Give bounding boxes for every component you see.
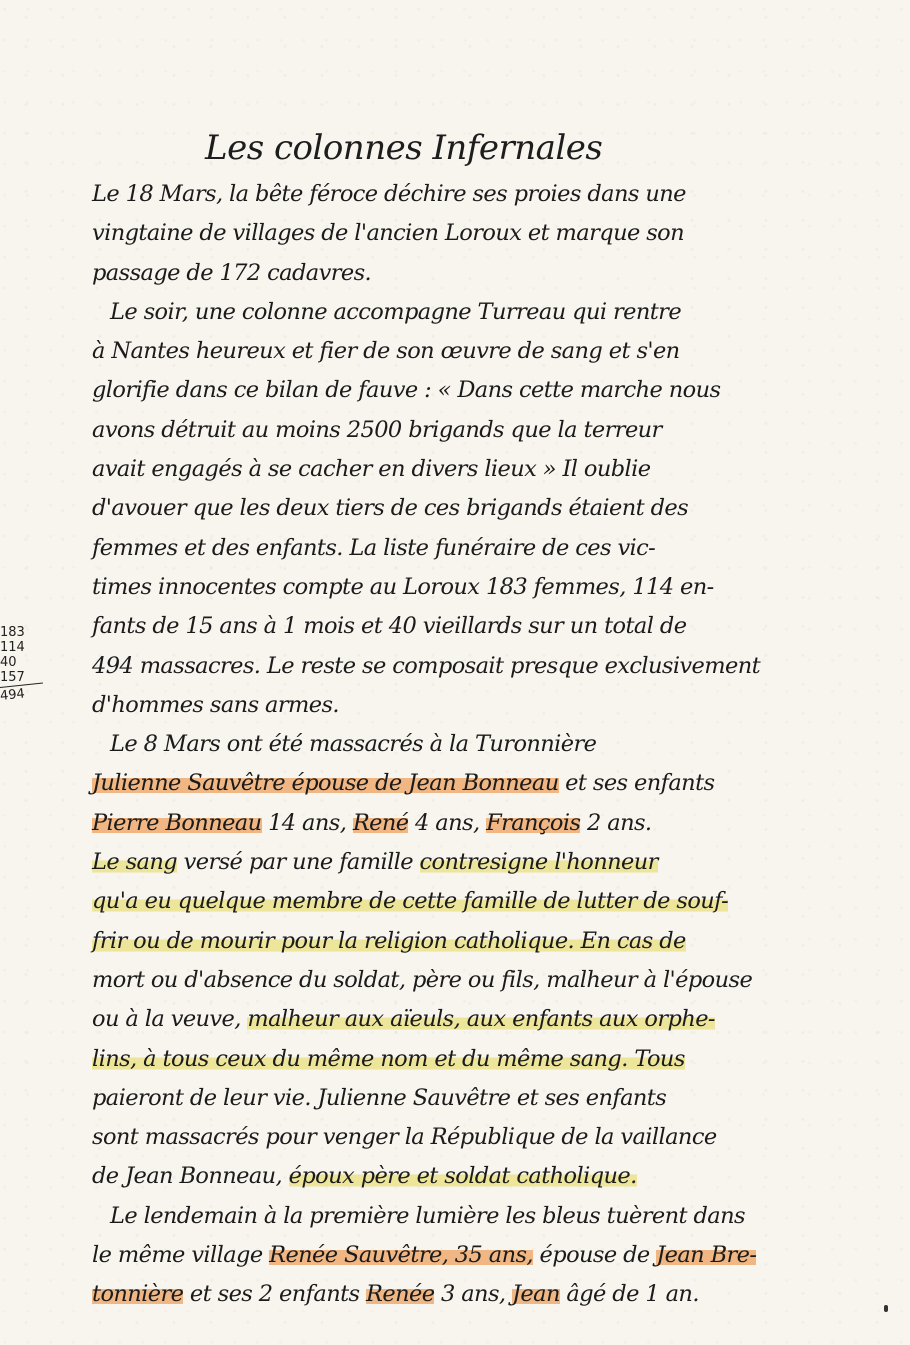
- text-segment: le même village: [92, 1242, 269, 1268]
- highlighted-name: Renée Sauvêtre, 35 ans,: [269, 1242, 533, 1268]
- text-line: sont massacrés pour venger la République…: [92, 1118, 842, 1157]
- margin-calculation: 18311440157494: [0, 625, 44, 704]
- text-segment: 4 ans,: [408, 810, 486, 836]
- highlighted-passage: contresigne l'honneur: [420, 849, 658, 875]
- text-line: lins, à tous ceux du même nom et du même…: [92, 1040, 842, 1079]
- text-line: ou à la veuve, malheur aux aïeuls, aux e…: [92, 1000, 842, 1039]
- text-segment: 494 massacres. Le reste se composait pre…: [92, 653, 760, 679]
- highlighted-name: Julienne Sauvêtre épouse de Jean Bonneau: [92, 770, 559, 796]
- text-segment: ou à la veuve,: [92, 1006, 247, 1032]
- text-line: Le 18 Mars, la bête féroce déchire ses p…: [92, 175, 842, 214]
- text-line: à Nantes heureux et fier de son œuvre de…: [92, 332, 842, 371]
- text-segment: vingtaine de villages de l'ancien Loroux…: [92, 220, 684, 246]
- highlighted-name: Jean Bre-: [656, 1242, 756, 1268]
- text-segment: épouse de: [533, 1242, 656, 1268]
- text-line: tonnière et ses 2 enfants Renée 3 ans, J…: [92, 1275, 842, 1314]
- margin-number: 114: [0, 640, 44, 655]
- text-segment: femmes et des enfants. La liste funérair…: [92, 535, 655, 561]
- margin-number: 183: [0, 625, 44, 640]
- handwritten-page: Les colonnes Infernales Le 18 Mars, la b…: [0, 0, 910, 1345]
- text-segment: Le lendemain à la première lumière les b…: [110, 1203, 745, 1229]
- highlighted-name: François: [486, 810, 580, 836]
- text-segment: d'hommes sans armes.: [92, 692, 339, 718]
- text-segment: âgé de 1 an.: [560, 1281, 699, 1307]
- text-line: 494 massacres. Le reste se composait pre…: [92, 647, 842, 686]
- text-line: Le sang versé par une famille contresign…: [92, 843, 842, 882]
- text-line: frir ou de mourir pour la religion catho…: [92, 922, 842, 961]
- text-line: le même village Renée Sauvêtre, 35 ans, …: [92, 1236, 842, 1275]
- text-segment: 14 ans,: [262, 810, 353, 836]
- text-segment: Le 18 Mars, la bête féroce déchire ses p…: [92, 181, 686, 207]
- text-segment: times innocentes compte au Loroux 183 fe…: [92, 574, 714, 600]
- text-line: Pierre Bonneau 14 ans, René 4 ans, Franç…: [92, 804, 842, 843]
- highlighted-passage: frir ou de mourir pour la religion catho…: [92, 928, 686, 954]
- highlighted-name: tonnière: [92, 1281, 183, 1307]
- highlighted-passage: malheur aux aïeuls, aux enfants aux orph…: [247, 1006, 715, 1032]
- text-line: Le lendemain à la première lumière les b…: [92, 1197, 842, 1236]
- text-segment: fants de 15 ans à 1 mois et 40 vieillard…: [92, 613, 686, 639]
- highlighted-name: Jean: [512, 1281, 560, 1307]
- text-line: de Jean Bonneau, époux père et soldat ca…: [92, 1157, 842, 1196]
- ink-speck: [884, 1305, 888, 1312]
- text-segment: 2 ans.: [580, 810, 651, 836]
- text-line: times innocentes compte au Loroux 183 fe…: [92, 568, 842, 607]
- text-line: glorifie dans ce bilan de fauve : « Dans…: [92, 371, 842, 410]
- highlighted-passage: qu'a eu quelque membre de cette famille …: [92, 888, 728, 914]
- text-segment: glorifie dans ce bilan de fauve : « Dans…: [92, 377, 720, 403]
- text-segment: versé par une famille: [177, 849, 419, 875]
- text-line: vingtaine de villages de l'ancien Loroux…: [92, 214, 842, 253]
- text-segment: et ses enfants: [559, 770, 715, 796]
- text-line: Le soir, une colonne accompagne Turreau …: [92, 293, 842, 332]
- margin-sum: 494: [0, 682, 45, 704]
- text-segment: paieront de leur vie. Julienne Sauvêtre …: [92, 1085, 666, 1111]
- highlighted-name: Renée: [366, 1281, 434, 1307]
- text-line: avait engagés à se cacher en divers lieu…: [92, 450, 842, 489]
- text-segment: de Jean Bonneau,: [92, 1163, 289, 1189]
- text-line: Julienne Sauvêtre épouse de Jean Bonneau…: [92, 764, 842, 803]
- text-line: mort ou d'absence du soldat, père ou fil…: [92, 961, 842, 1000]
- margin-number: 40: [0, 655, 44, 670]
- text-line: passage de 172 cadavres.: [92, 254, 842, 293]
- text-segment: et ses 2 enfants: [183, 1281, 366, 1307]
- highlighted-passage: lins, à tous ceux du même nom et du même…: [92, 1046, 685, 1072]
- text-line: paieront de leur vie. Julienne Sauvêtre …: [92, 1079, 842, 1118]
- text-segment: avait engagés à se cacher en divers lieu…: [92, 456, 650, 482]
- highlighted-name: René: [353, 810, 409, 836]
- text-segment: passage de 172 cadavres.: [92, 260, 371, 286]
- text-line: avons détruit au moins 2500 brigands que…: [92, 411, 842, 450]
- handwritten-text-body: Le 18 Mars, la bête féroce déchire ses p…: [92, 175, 842, 1315]
- text-segment: Le 8 Mars ont été massacrés à la Turonni…: [110, 731, 596, 757]
- highlighted-passage: Le sang: [92, 849, 177, 875]
- text-line: d'hommes sans armes.: [92, 686, 842, 725]
- text-segment: Le soir, une colonne accompagne Turreau …: [110, 299, 681, 325]
- page-title: Les colonnes Infernales: [205, 128, 602, 168]
- highlighted-passage: époux père et soldat catholique.: [289, 1163, 637, 1189]
- text-segment: mort ou d'absence du soldat, père ou fil…: [92, 967, 752, 993]
- text-line: femmes et des enfants. La liste funérair…: [92, 529, 842, 568]
- text-segment: à Nantes heureux et fier de son œuvre de…: [92, 338, 680, 364]
- text-line: Le 8 Mars ont été massacrés à la Turonni…: [92, 725, 842, 764]
- text-line: d'avouer que les deux tiers de ces briga…: [92, 489, 842, 528]
- text-segment: 3 ans,: [434, 1281, 512, 1307]
- text-segment: sont massacrés pour venger la République…: [92, 1124, 717, 1150]
- highlighted-name: Pierre Bonneau: [92, 810, 262, 836]
- text-line: fants de 15 ans à 1 mois et 40 vieillard…: [92, 607, 842, 646]
- text-segment: d'avouer que les deux tiers de ces briga…: [92, 495, 688, 521]
- text-segment: avons détruit au moins 2500 brigands que…: [92, 417, 662, 443]
- text-line: qu'a eu quelque membre de cette famille …: [92, 882, 842, 921]
